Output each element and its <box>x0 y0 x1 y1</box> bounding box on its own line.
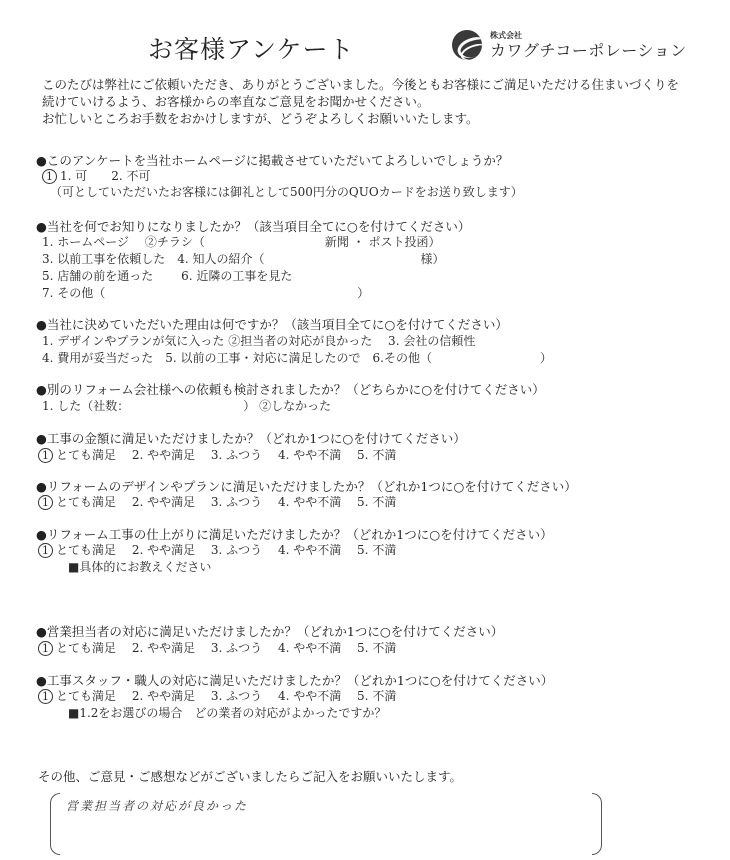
option-labels: とても満足 2. やや満足 3. ふつう 4. やや不満 5. 不満 <box>56 495 396 509</box>
question-9-sub: ■1.2をお選びの場合 どの業者の対応がよかったですか？ <box>68 704 386 721</box>
intro-line-3: お忙しいところお手数をおかけしますが、どうぞよろしくお願いいたします。 <box>42 110 679 127</box>
comments-field[interactable]: 営業担当者の対応が良かった <box>50 793 602 855</box>
question-7-sub: ■具体的にお教えください <box>68 558 211 575</box>
question-3-row-1[interactable]: 1. デザインやプランが気に入った ②担当者の対応が良かった 3. 会社の信頼性 <box>42 333 475 350</box>
selected-mark: 1 <box>38 689 53 704</box>
company-logo: 株式会社 カワグチコーポレーション <box>452 30 687 60</box>
question-6-text: ●リフォームのデザインやプランに満足いただけましたか？（どれか1つに○を付けてく… <box>36 478 577 495</box>
intro-line-1: このたびは弊社にご依頼いただき、ありがとうございました。今後ともお客様にご満足い… <box>42 76 679 93</box>
option-labels: とても満足 2. やや満足 3. ふつう 4. やや不満 5. 不満 <box>56 689 396 703</box>
handwritten-comment: 営業担当者の対応が良かった <box>66 797 248 814</box>
company-prefix: 株式会社 <box>490 31 687 41</box>
question-4-text: ●別のリフォーム会社様への依頼も検討されましたか？（どちらかに○を付けてください… <box>36 381 545 398</box>
question-5-text: ●工事の金額に満足いただけましたか？（どれか1つに○を付けてください） <box>36 430 466 447</box>
question-1-text: ●このアンケートを当社ホームページに掲載させていただいてよろしいでしょうか？ <box>36 152 508 169</box>
right-bracket <box>592 793 602 855</box>
question-2-row-3[interactable]: 5. 店舗の前を通った 6. 近隣の工事を見た <box>42 268 292 285</box>
selected-mark: 1 <box>38 448 53 463</box>
selected-mark: 1 <box>38 543 53 558</box>
question-1-note: （可としていただいたお客様には御礼として500円分のQUOカードをお送り致します… <box>50 184 523 201</box>
question-2-row-2[interactable]: 3. 以前工事を依頼した 4. 知人の紹介（ 様） <box>42 251 445 268</box>
selected-mark: 1 <box>42 169 57 184</box>
intro-text: このたびは弊社にご依頼いただき、ありがとうございました。今後ともお客様にご満足い… <box>42 76 679 127</box>
selected-mark: 1 <box>38 495 53 510</box>
option-labels: 1. 可 2. 不可 <box>60 169 151 183</box>
question-8-options[interactable]: 1とても満足 2. やや満足 3. ふつう 4. やや不満 5. 不満 <box>38 640 396 657</box>
question-7-text: ●リフォーム工事の仕上がりに満足いただけましたか？（どれか1つに○を付けてくださ… <box>36 526 553 543</box>
intro-line-2: 続けていけるよう、お客様からの率直なご意見をお聞かせください。 <box>42 93 679 110</box>
question-2-row-4[interactable]: 7. その他（ ） <box>42 285 369 302</box>
option-labels: とても満足 2. やや満足 3. ふつう 4. やや不満 5. 不満 <box>56 543 396 557</box>
comments-prompt: その他、ご意見・ご感想などがございましたらご記入をお願いいたします。 <box>38 768 462 785</box>
question-9-options[interactable]: 1とても満足 2. やや満足 3. ふつう 4. やや不満 5. 不満 <box>38 688 396 705</box>
question-7-options[interactable]: 1とても満足 2. やや満足 3. ふつう 4. やや不満 5. 不満 <box>38 542 396 559</box>
question-1-options[interactable]: 11. 可 2. 不可 <box>42 168 151 185</box>
question-6-options[interactable]: 1とても満足 2. やや満足 3. ふつう 4. やや不満 5. 不満 <box>38 494 396 511</box>
question-8-text: ●営業担当者の対応に満足いただけましたか？（どれか1つに○を付けてください） <box>36 623 503 640</box>
option-labels: とても満足 2. やや満足 3. ふつう 4. やや不満 5. 不満 <box>56 641 396 655</box>
company-name: カワグチコーポレーション <box>490 41 687 60</box>
selected-mark: 1 <box>38 641 53 656</box>
logo-swoosh-icon <box>452 30 482 60</box>
left-bracket <box>50 793 60 855</box>
question-2-row-1[interactable]: 1. ホームページ ②チラシ（ 新聞 ・ ポスト投函） <box>42 234 440 251</box>
option-labels: とても満足 2. やや満足 3. ふつう 4. やや不満 5. 不満 <box>56 448 396 462</box>
question-4-row-1[interactable]: 1. した（社数： ） ②しなかった <box>42 398 331 415</box>
question-3-text: ●当社に決めていただいた理由は何ですか？（該当項目全てに○を付けてください） <box>36 316 508 333</box>
question-9-text: ●工事スタッフ・職人の対応に満足いただけましたか？（どれか1つに○を付けてくださ… <box>36 672 553 689</box>
question-2-text: ●当社を何でお知りになりましたか？（該当項目全てに○を付けてください） <box>36 218 470 235</box>
question-5-options[interactable]: 1とても満足 2. やや満足 3. ふつう 4. やや不満 5. 不満 <box>38 447 396 464</box>
page-title: お客様アンケート <box>148 30 355 66</box>
question-3-row-2[interactable]: 4. 費用が妥当だった 5. 以前の工事・対応に満足したので 6.その他（ ） <box>42 350 552 367</box>
